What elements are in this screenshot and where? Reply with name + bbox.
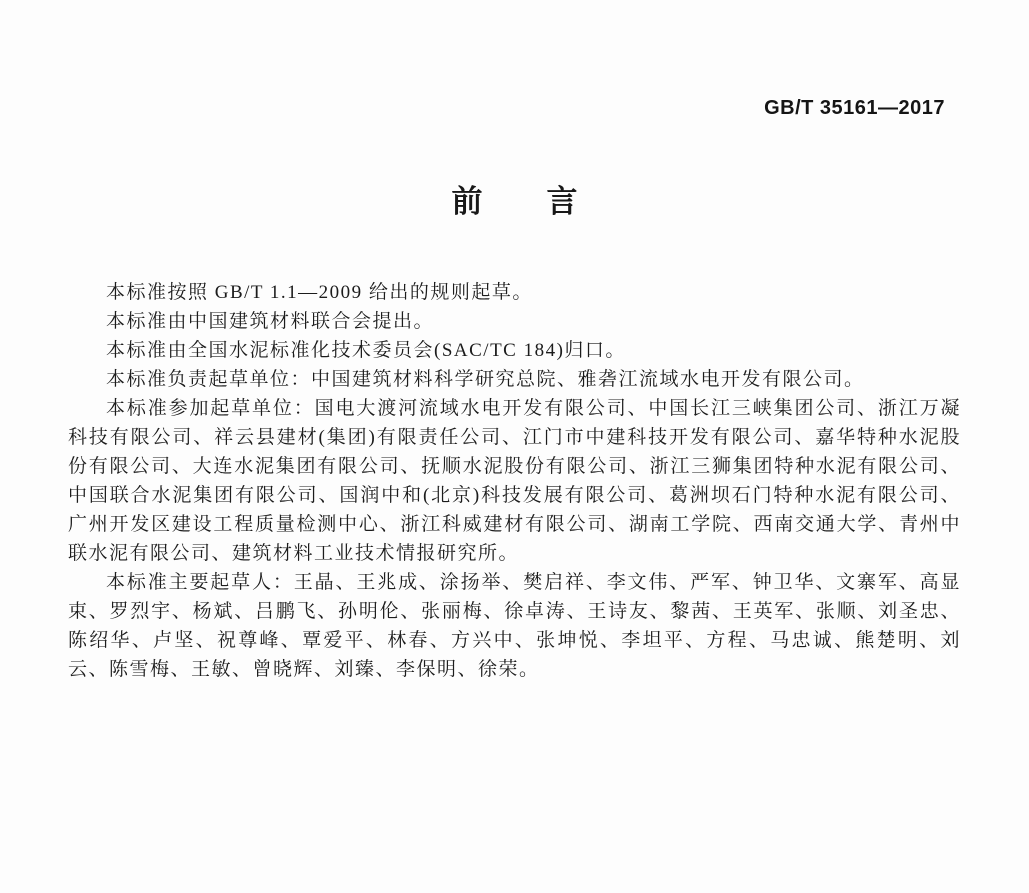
page-title-char-first: 前	[452, 186, 483, 217]
page-title-char-second: 言	[547, 186, 578, 217]
paragraph-drafting-rules: 本标准按照 GB/T 1.1—2009 给出的规则起草。	[68, 278, 961, 307]
page-title: 前 言	[0, 186, 1029, 217]
paragraph-chief-drafters: 本标准主要起草人：王晶、王兆成、涂扬举、樊启祥、李文伟、严军、钟卫华、文寨军、高…	[68, 568, 961, 684]
paragraph-chief-drafting-organizations: 本标准负责起草单位：中国建筑材料科学研究总院、雅砻江流域水电开发有限公司。	[68, 365, 961, 394]
paragraph-proposed-by: 本标准由中国建筑材料联合会提出。	[68, 307, 961, 336]
paragraph-participating-organizations: 本标准参加起草单位：国电大渡河流域水电开发有限公司、中国长江三峡集团公司、浙江万…	[68, 394, 961, 568]
foreword-body: 本标准按照 GB/T 1.1—2009 给出的规则起草。 本标准由中国建筑材料联…	[68, 278, 961, 684]
document-page: GB/T 35161—2017 前 言 本标准按照 GB/T 1.1—2009 …	[0, 0, 1029, 893]
standard-number: GB/T 35161—2017	[764, 97, 945, 120]
paragraph-centralized-by: 本标准由全国水泥标准化技术委员会(SAC/TC 184)归口。	[68, 336, 961, 365]
